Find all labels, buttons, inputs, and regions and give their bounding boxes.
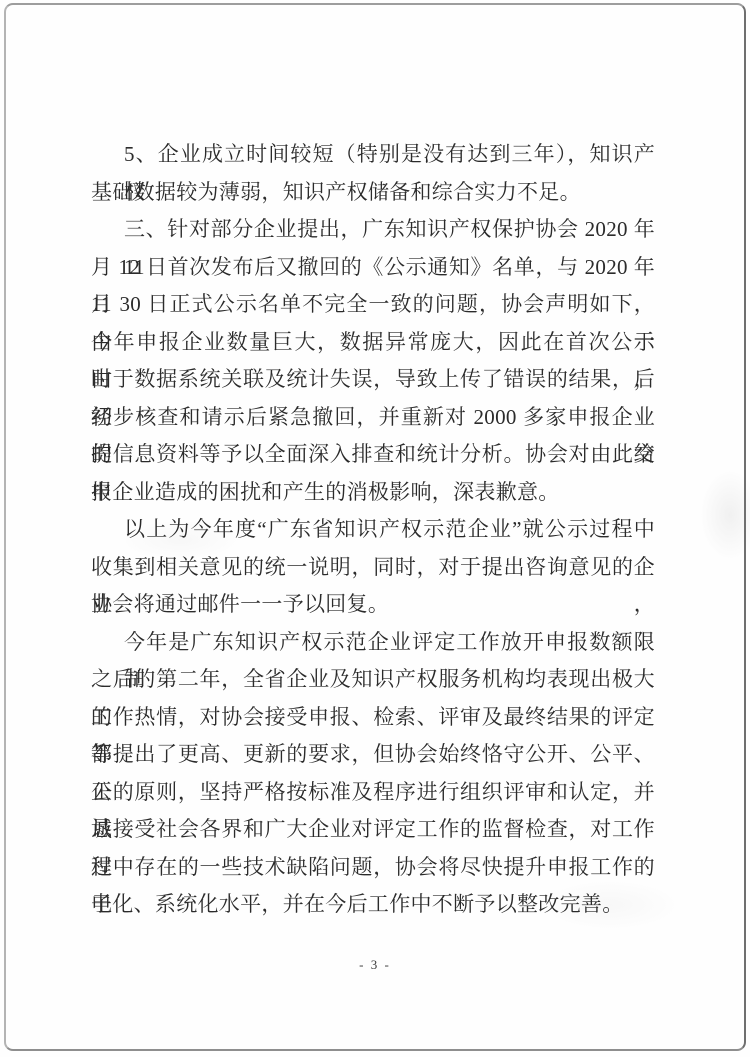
text-line: 程中存在的一些技术缺陷问题，协会将尽快提升申报工作的电 <box>91 849 655 887</box>
scan-smudge <box>700 470 750 560</box>
text-line: 以上为今年度“广东省知识产权示范企业”就公示过程中 <box>91 511 655 549</box>
text-line: 基础数据较为薄弱，知识产权储备和综合实力不足。 <box>91 174 655 212</box>
text-line: 工作热情，对协会接受申报、检索、评审及最终结果的评定等 <box>91 699 655 737</box>
text-line: 之后的第二年，全省企业及知识产权服务机构均表现出极大的 <box>91 661 655 699</box>
text-line: 5、企业成立时间较短（特别是没有达到三年），知识产权 <box>91 136 655 174</box>
text-line: 报企业造成的困扰和产生的消极影响，深表歉意。 <box>91 474 655 512</box>
text-line: 恳接受社会各界和广大企业对评定工作的监督检查，对工作过 <box>91 811 655 849</box>
text-line: 月 30 日正式公示名单不完全一致的问题，协会声明如下，由于 <box>91 286 655 324</box>
text-line: 正的原则，坚持严格按标准及程序进行组织评审和认定，并诚 <box>91 774 655 812</box>
text-line: 月 12 日首次发布后又撤回的《公示通知》名单，与 2020 年 11 <box>91 249 655 287</box>
text-line: 初步核查和请示后紧急撤回，并重新对 2000 多家申报企业提交 <box>91 399 655 437</box>
text-line: 都提出了更高、更新的要求，但协会始终恪守公开、公平、公 <box>91 736 655 774</box>
page-number: - 3 - <box>0 957 750 973</box>
text-line: 子化、系统化水平，并在今后工作中不断予以整改完善。 <box>91 886 655 924</box>
text-line: 今年申报企业数量巨大，数据异常庞大，因此在首次公示时， <box>91 324 655 362</box>
text-line: 今年是广东知识产权示范企业评定工作放开申报数额限制 <box>91 624 655 662</box>
text-line: 的信息资料等予以全面深入排查和统计分析。协会对由此给申 <box>91 436 655 474</box>
text-line: 三、针对部分企业提出，广东知识产权保护协会 2020 年 11 <box>91 211 655 249</box>
text-line: 由于数据系统关联及统计失误，导致上传了错误的结果，后经 <box>91 361 655 399</box>
document-body: 5、企业成立时间较短（特别是没有达到三年），知识产权基础数据较为薄弱，知识产权储… <box>91 136 655 924</box>
document-page: 5、企业成立时间较短（特别是没有达到三年），知识产权基础数据较为薄弱，知识产权储… <box>0 0 750 1057</box>
text-line: 收集到相关意见的统一说明，同时，对于提出咨询意见的企业， <box>91 549 655 587</box>
